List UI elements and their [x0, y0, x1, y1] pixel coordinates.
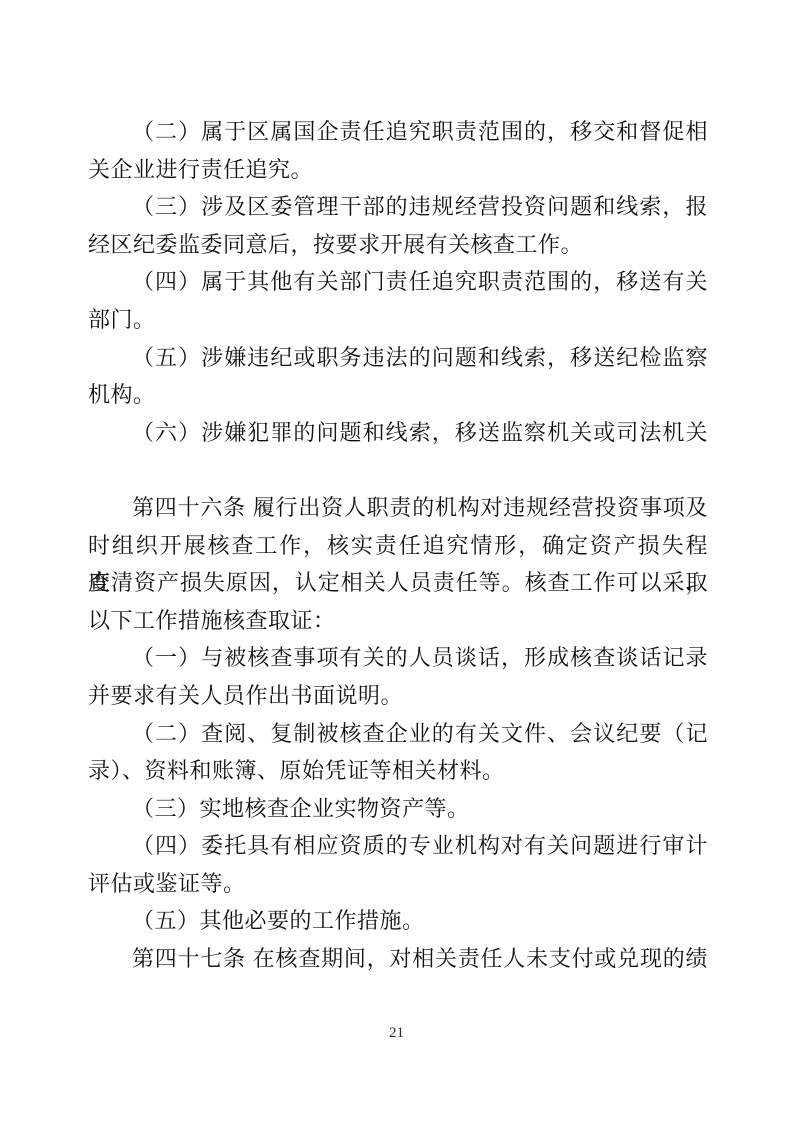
- text-line: 部门。: [88, 301, 708, 339]
- text-line: 评估或鉴证等。: [88, 865, 708, 903]
- page-number: 21: [389, 1025, 404, 1041]
- text-line: （四）属于其他有关部门责任追究职责范围的，移送有关: [88, 263, 708, 301]
- blank-line: [88, 451, 708, 489]
- text-line: 经区纪委监委同意后，按要求开展有关核查工作。: [88, 226, 708, 264]
- document-page: （二）属于区属国企责任追究职责范围的，移交和督促相关企业进行责任追究。（三）涉及…: [0, 0, 793, 1122]
- text-line: （五）涉嫌违纪或职务违法的问题和线索，移送纪检监察: [88, 339, 708, 377]
- text-line: 并要求有关人员作出书面说明。: [88, 677, 708, 715]
- text-line: （三）涉及区委管理干部的违规经营投资问题和线索，报: [88, 188, 708, 226]
- text-line: （二）属于区属国企责任追究职责范围的，移交和督促相: [88, 113, 708, 151]
- text-line: （一）与被核查事项有关的人员谈话，形成核查谈话记录: [88, 639, 708, 677]
- text-line: 第四十七条 在核查期间，对相关责任人未支付或兑现的绩: [88, 940, 708, 978]
- document-body: （二）属于区属国企责任追究职责范围的，移交和督促相关企业进行责任追究。（三）涉及…: [88, 113, 708, 978]
- text-line: （二）查阅、复制被核查企业的有关文件、会议纪要（记: [88, 715, 708, 753]
- text-line: 关企业进行责任追究。: [88, 151, 708, 189]
- text-line: 录）、资料和账簿、原始凭证等相关材料。: [88, 752, 708, 790]
- text-line: 以下工作措施核查取证：: [88, 602, 708, 640]
- text-line: 时组织开展核查工作，核实责任追究情形，确定资产损失程度，: [88, 527, 708, 565]
- text-line: 机构。: [88, 376, 708, 414]
- page-footer: 21: [0, 1024, 793, 1042]
- text-line: 第四十六条 履行出资人职责的机构对违规经营投资事项及: [88, 489, 708, 527]
- text-line: （四）委托具有相应资质的专业机构对有关问题进行审计: [88, 827, 708, 865]
- text-line: （五）其他必要的工作措施。: [88, 902, 708, 940]
- text-line: （六）涉嫌犯罪的问题和线索，移送监察机关或司法机关: [88, 414, 708, 452]
- text-line: 查清资产损失原因，认定相关人员责任等。核查工作可以采取: [88, 564, 708, 602]
- text-line: （三）实地核查企业实物资产等。: [88, 790, 708, 828]
